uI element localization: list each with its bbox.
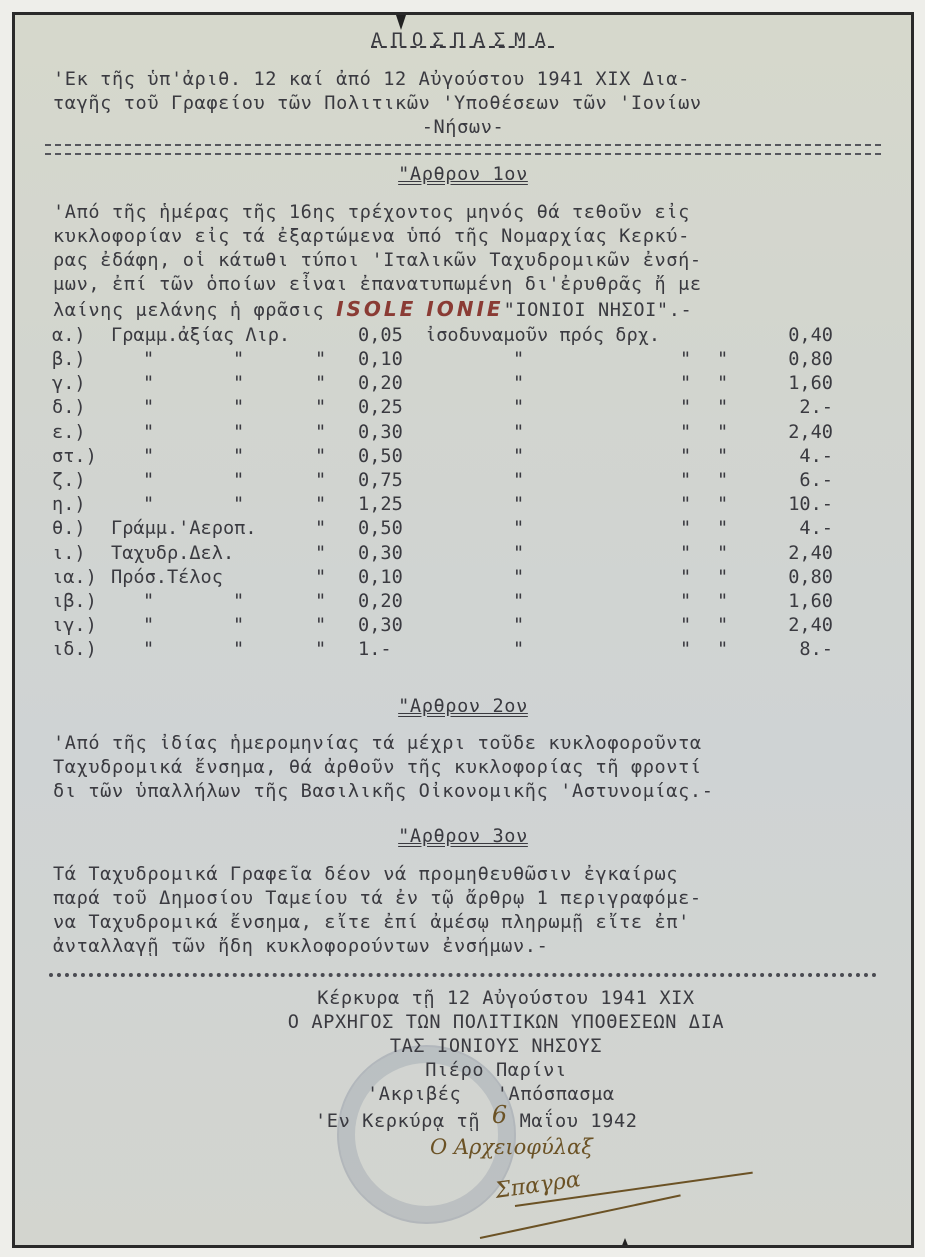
row-lira-value: 0,20 xyxy=(358,373,403,394)
document-page: ΑΠΟΣΠΑΣΜΑ 'Εκ τῆς ὑπ'ἀριθ. 12 καί ἀπό 12… xyxy=(12,12,914,1248)
ditto-mark: " xyxy=(233,349,244,370)
row-lira-value: 0,30 xyxy=(358,615,403,636)
certification-date: 'Εν Κερκύρᾳ τῇ 6 Μαΐου 1942 xyxy=(315,1107,638,1134)
row-drachma-value: 0,80 xyxy=(788,567,833,588)
ditto-mark: " xyxy=(717,446,728,467)
ditto-mark: " xyxy=(315,470,326,491)
article-1-line-4: μων, ἐπί τῶν ὁποίων εἶναι ἐπανατυπωμένη … xyxy=(53,273,702,297)
ditto-mark: " xyxy=(680,494,691,515)
row-drachma-value: 6.- xyxy=(799,470,833,491)
ditto-mark: " xyxy=(717,591,728,612)
ditto-mark: " xyxy=(143,615,154,636)
ditto-mark: " xyxy=(717,397,728,418)
ditto-mark: " xyxy=(233,470,244,491)
row-lira-value: 0,25 xyxy=(358,397,403,418)
ditto-mark: " xyxy=(315,639,326,660)
closing-authority-1: Ο ΑΡΧΗΓΟΣ ΤΩΝ ΠΟΛΙΤΙΚΩΝ ΥΠΟΘΕΣΕΩΝ ΔΙΑ xyxy=(15,1011,914,1035)
paper-notch-bottom xyxy=(621,1238,629,1248)
ditto-mark: " xyxy=(143,397,154,418)
certification-date-prefix: 'Εν Κερκύρᾳ τῇ xyxy=(315,1111,492,1132)
ditto-mark: " xyxy=(143,349,154,370)
preamble-line-1: 'Εκ τῆς ὑπ'ἀριθ. 12 καί ἀπό 12 Αὐγούστου… xyxy=(53,68,690,92)
closing-authority-2: ΤΑΣ ΙΟΝΙΟΥΣ ΝΗΣΟΥΣ xyxy=(15,1035,914,1059)
ditto-mark: " xyxy=(680,446,691,467)
row-letter: θ.) xyxy=(52,518,86,539)
row-description: Γραμμ.ἀξίας Λιρ. xyxy=(111,325,290,346)
row-drachma-value: 1,60 xyxy=(788,591,833,612)
ditto-mark: " xyxy=(680,615,691,636)
row-letter: ιγ.) xyxy=(52,615,97,636)
double-dashed-divider xyxy=(45,144,881,155)
ditto-mark: " xyxy=(513,591,524,612)
article-3-line-2: παρά τοῦ Δημοσίου Ταμείου τά ἐν τῷ ἄρθρῳ… xyxy=(53,887,702,911)
ditto-mark: " xyxy=(680,470,691,491)
row-letter: γ.) xyxy=(52,373,86,394)
closing-name: Πιέρο Παρίνι xyxy=(15,1059,914,1083)
ditto-mark: " xyxy=(233,639,244,660)
ditto-mark: " xyxy=(513,518,524,539)
row-lira-value: 0,50 xyxy=(358,518,403,539)
row-equivalence: ἰσοδυναμοῦν πρός δρχ. xyxy=(425,325,660,346)
table-row: β.)"""0,10"""0,80 xyxy=(15,349,911,373)
ditto-mark: " xyxy=(680,543,691,564)
ditto-mark: " xyxy=(680,639,691,660)
table-row: ιδ.)"""1.-"""8.- xyxy=(15,639,911,663)
ditto-mark: " xyxy=(143,591,154,612)
row-lira-value: 0,10 xyxy=(358,349,403,370)
ditto-mark: " xyxy=(315,591,326,612)
ditto-mark: " xyxy=(233,446,244,467)
row-letter: β.) xyxy=(52,349,86,370)
article-1-line-5-prefix: λαίνης μελάνης ἡ φρᾶσις xyxy=(53,300,336,321)
ditto-mark: " xyxy=(513,470,524,491)
ditto-mark: " xyxy=(233,422,244,443)
ditto-mark: " xyxy=(513,446,524,467)
row-description: Γράμμ.'Αεροπ. xyxy=(111,518,257,539)
row-description: Πρόσ.Τέλος xyxy=(111,567,223,588)
row-lira-value: 0,05 xyxy=(358,325,403,346)
row-lira-value: 0,75 xyxy=(358,470,403,491)
row-letter: ιδ.) xyxy=(52,639,97,660)
ditto-mark: " xyxy=(680,518,691,539)
article-3-line-1: Τά Ταχυδρομικά Γραφεῖα δέον νά προμηθευθ… xyxy=(53,863,678,887)
closing-date: Κέρκυρα τῇ 12 Αὐγούστου 1941 XIX xyxy=(15,987,914,1011)
ditto-mark: " xyxy=(315,446,326,467)
row-drachma-value: 2,40 xyxy=(788,615,833,636)
ditto-mark: " xyxy=(513,349,524,370)
row-letter: ιβ.) xyxy=(52,591,97,612)
dotted-divider xyxy=(49,973,877,977)
document-title: ΑΠΟΣΠΑΣΜΑ xyxy=(15,29,911,51)
table-row: ε.)"""0,30"""2,40 xyxy=(15,422,911,446)
certification-date-suffix: Μαΐου 1942 xyxy=(508,1111,638,1132)
row-drachma-value: 4.- xyxy=(799,446,833,467)
row-letter: ια.) xyxy=(52,567,97,588)
table-row: θ.)Γράμμ.'Αεροπ."0,50"""4.- xyxy=(15,518,911,542)
table-row: ιγ.)"""0,30"""2,40 xyxy=(15,615,911,639)
article-1-line-2: κυκλοφορίαν εἰς τά ἐξαρτώμενα ὑπό τῆς Νο… xyxy=(53,225,690,249)
table-row: γ.)"""0,20"""1,60 xyxy=(15,373,911,397)
ditto-mark: " xyxy=(680,567,691,588)
ditto-mark: " xyxy=(315,543,326,564)
row-description: Ταχυδρ.Δελ. xyxy=(111,543,234,564)
row-letter: ι.) xyxy=(52,543,86,564)
ditto-mark: " xyxy=(717,615,728,636)
ditto-mark: " xyxy=(680,349,691,370)
row-letter: η.) xyxy=(52,494,86,515)
ditto-mark: " xyxy=(513,567,524,588)
article-3-line-3: να Ταχυδρομικά ἔνσημα, εἴτε ἐπί ἀμέσῳ πλ… xyxy=(53,911,690,935)
article-1-line-1: 'Από τῆς ἡμέρας τῆς 16ης τρέχοντος μηνός… xyxy=(53,201,690,225)
ditto-mark: " xyxy=(233,591,244,612)
ditto-mark: " xyxy=(143,494,154,515)
ditto-mark: " xyxy=(717,494,728,515)
ditto-mark: " xyxy=(513,494,524,515)
ditto-mark: " xyxy=(717,422,728,443)
row-drachma-value: 1,60 xyxy=(788,373,833,394)
row-drachma-value: 8.- xyxy=(799,639,833,660)
row-letter: στ.) xyxy=(52,446,97,467)
row-drachma-value: 10.- xyxy=(788,494,833,515)
ditto-mark: " xyxy=(680,591,691,612)
table-row-header: α.) Γραμμ.ἀξίας Λιρ. 0,05 ἰσοδυναμοῦν πρ… xyxy=(15,325,911,349)
ditto-mark: " xyxy=(143,639,154,660)
ditto-mark: " xyxy=(680,422,691,443)
ditto-mark: " xyxy=(143,373,154,394)
article-2-line-1: 'Από τῆς ἰδίας ἡμερομηνίας τά μέχρι τοῦδ… xyxy=(53,732,702,756)
table-row: ια.)Πρόσ.Τέλος"0,10"""0,80 xyxy=(15,567,911,591)
article-1-line-5: λαίνης μελάνης ἡ φρᾶσις ISOLE IONIE"ΙΟΝΙ… xyxy=(53,297,692,323)
ditto-mark: " xyxy=(717,470,728,491)
table-row: ζ.)"""0,75"""6.- xyxy=(15,470,911,494)
row-letter: α.) xyxy=(52,325,86,346)
ditto-mark: " xyxy=(233,397,244,418)
row-letter: δ.) xyxy=(52,397,86,418)
ditto-mark: " xyxy=(233,373,244,394)
ditto-mark: " xyxy=(315,397,326,418)
ditto-mark: " xyxy=(315,518,326,539)
ditto-mark: " xyxy=(143,446,154,467)
row-lira-value: 0,10 xyxy=(358,567,403,588)
ditto-mark: " xyxy=(717,543,728,564)
row-drachma-value: 4.- xyxy=(799,518,833,539)
row-drachma-value: 2.- xyxy=(799,397,833,418)
row-lira-value: 0,30 xyxy=(358,422,403,443)
ditto-mark: " xyxy=(513,639,524,660)
ditto-mark: " xyxy=(513,373,524,394)
ditto-mark: " xyxy=(315,494,326,515)
article-2-line-3: δι τῶν ὑπαλλήλων τῆς Βασιλικῆς Οἰκονομικ… xyxy=(53,780,714,804)
row-drachma-value: 0,40 xyxy=(788,325,833,346)
row-lira-value: 1,25 xyxy=(358,494,403,515)
ditto-mark: " xyxy=(233,494,244,515)
ditto-mark: " xyxy=(680,397,691,418)
ditto-mark: " xyxy=(717,639,728,660)
ditto-mark: " xyxy=(717,349,728,370)
article-1-line-5-suffix: "ΙΟΝΙΟΙ ΝΗΣΟΙ".- xyxy=(504,300,693,321)
ditto-mark: " xyxy=(513,422,524,443)
article-3-line-4: ἀνταλλαγῇ τῶν ἤδη κυκλοφορούντων ἐνσήμων… xyxy=(53,935,548,959)
ditto-mark: " xyxy=(315,349,326,370)
isole-ionie-overprint: ISOLE IONIE xyxy=(336,297,504,321)
handwritten-day: 6 xyxy=(492,1101,508,1129)
row-letter: ε.) xyxy=(52,422,86,443)
table-row: δ.)"""0,25"""2.- xyxy=(15,397,911,421)
row-lira-value: 0,50 xyxy=(358,446,403,467)
row-drachma-value: 0,80 xyxy=(788,349,833,370)
preamble-line-3: -Νήσων- xyxy=(15,116,911,140)
ditto-mark: " xyxy=(513,397,524,418)
ditto-mark: " xyxy=(143,422,154,443)
ditto-mark: " xyxy=(680,373,691,394)
ditto-mark: " xyxy=(513,543,524,564)
ditto-mark: " xyxy=(315,422,326,443)
row-lira-value: 0,30 xyxy=(358,543,403,564)
ditto-mark: " xyxy=(717,373,728,394)
handwritten-archivist-title: Ο Αρχειοφύλαξ xyxy=(430,1135,593,1159)
row-drachma-value: 2,40 xyxy=(788,422,833,443)
table-row: η.)"""1,25"""10.- xyxy=(15,494,911,518)
table-row: στ.)"""0,50"""4.- xyxy=(15,446,911,470)
article-1-heading: "Αρθρον 1ον xyxy=(15,163,911,187)
ditto-mark: " xyxy=(315,567,326,588)
article-2-line-2: Ταχυδρομικά ἔνσημα, θά ἀρθοῦν τῆς κυκλοφ… xyxy=(53,756,702,780)
ditto-mark: " xyxy=(143,470,154,491)
row-lira-value: 0,20 xyxy=(358,591,403,612)
ditto-mark: " xyxy=(233,615,244,636)
row-letter: ζ.) xyxy=(52,470,86,491)
ditto-mark: " xyxy=(315,615,326,636)
article-3-heading: "Αρθρον 3ον xyxy=(15,825,911,849)
certified-copy-label: 'Ακριβές 'Απόσπασμα xyxy=(367,1083,615,1107)
row-drachma-value: 2,40 xyxy=(788,543,833,564)
table-row: ιβ.)"""0,20"""1,60 xyxy=(15,591,911,615)
table-row: ι.)Ταχυδρ.Δελ."0,30"""2,40 xyxy=(15,543,911,567)
ditto-mark: " xyxy=(717,567,728,588)
paper-notch-top xyxy=(395,12,407,30)
ditto-mark: " xyxy=(513,615,524,636)
article-1-line-3: ρας ἐδάφη, οἱ κάτωθι τύποι 'Ιταλικῶν Ταχ… xyxy=(53,249,702,273)
ditto-mark: " xyxy=(315,373,326,394)
ditto-mark: " xyxy=(717,518,728,539)
row-lira-value: 1.- xyxy=(358,639,392,660)
article-2-heading: "Αρθρον 2ον xyxy=(15,695,911,719)
preamble-line-2: ταγῆς τοῦ Γραφείου τῶν Πολιτικῶν 'Υποθέσ… xyxy=(53,92,702,116)
